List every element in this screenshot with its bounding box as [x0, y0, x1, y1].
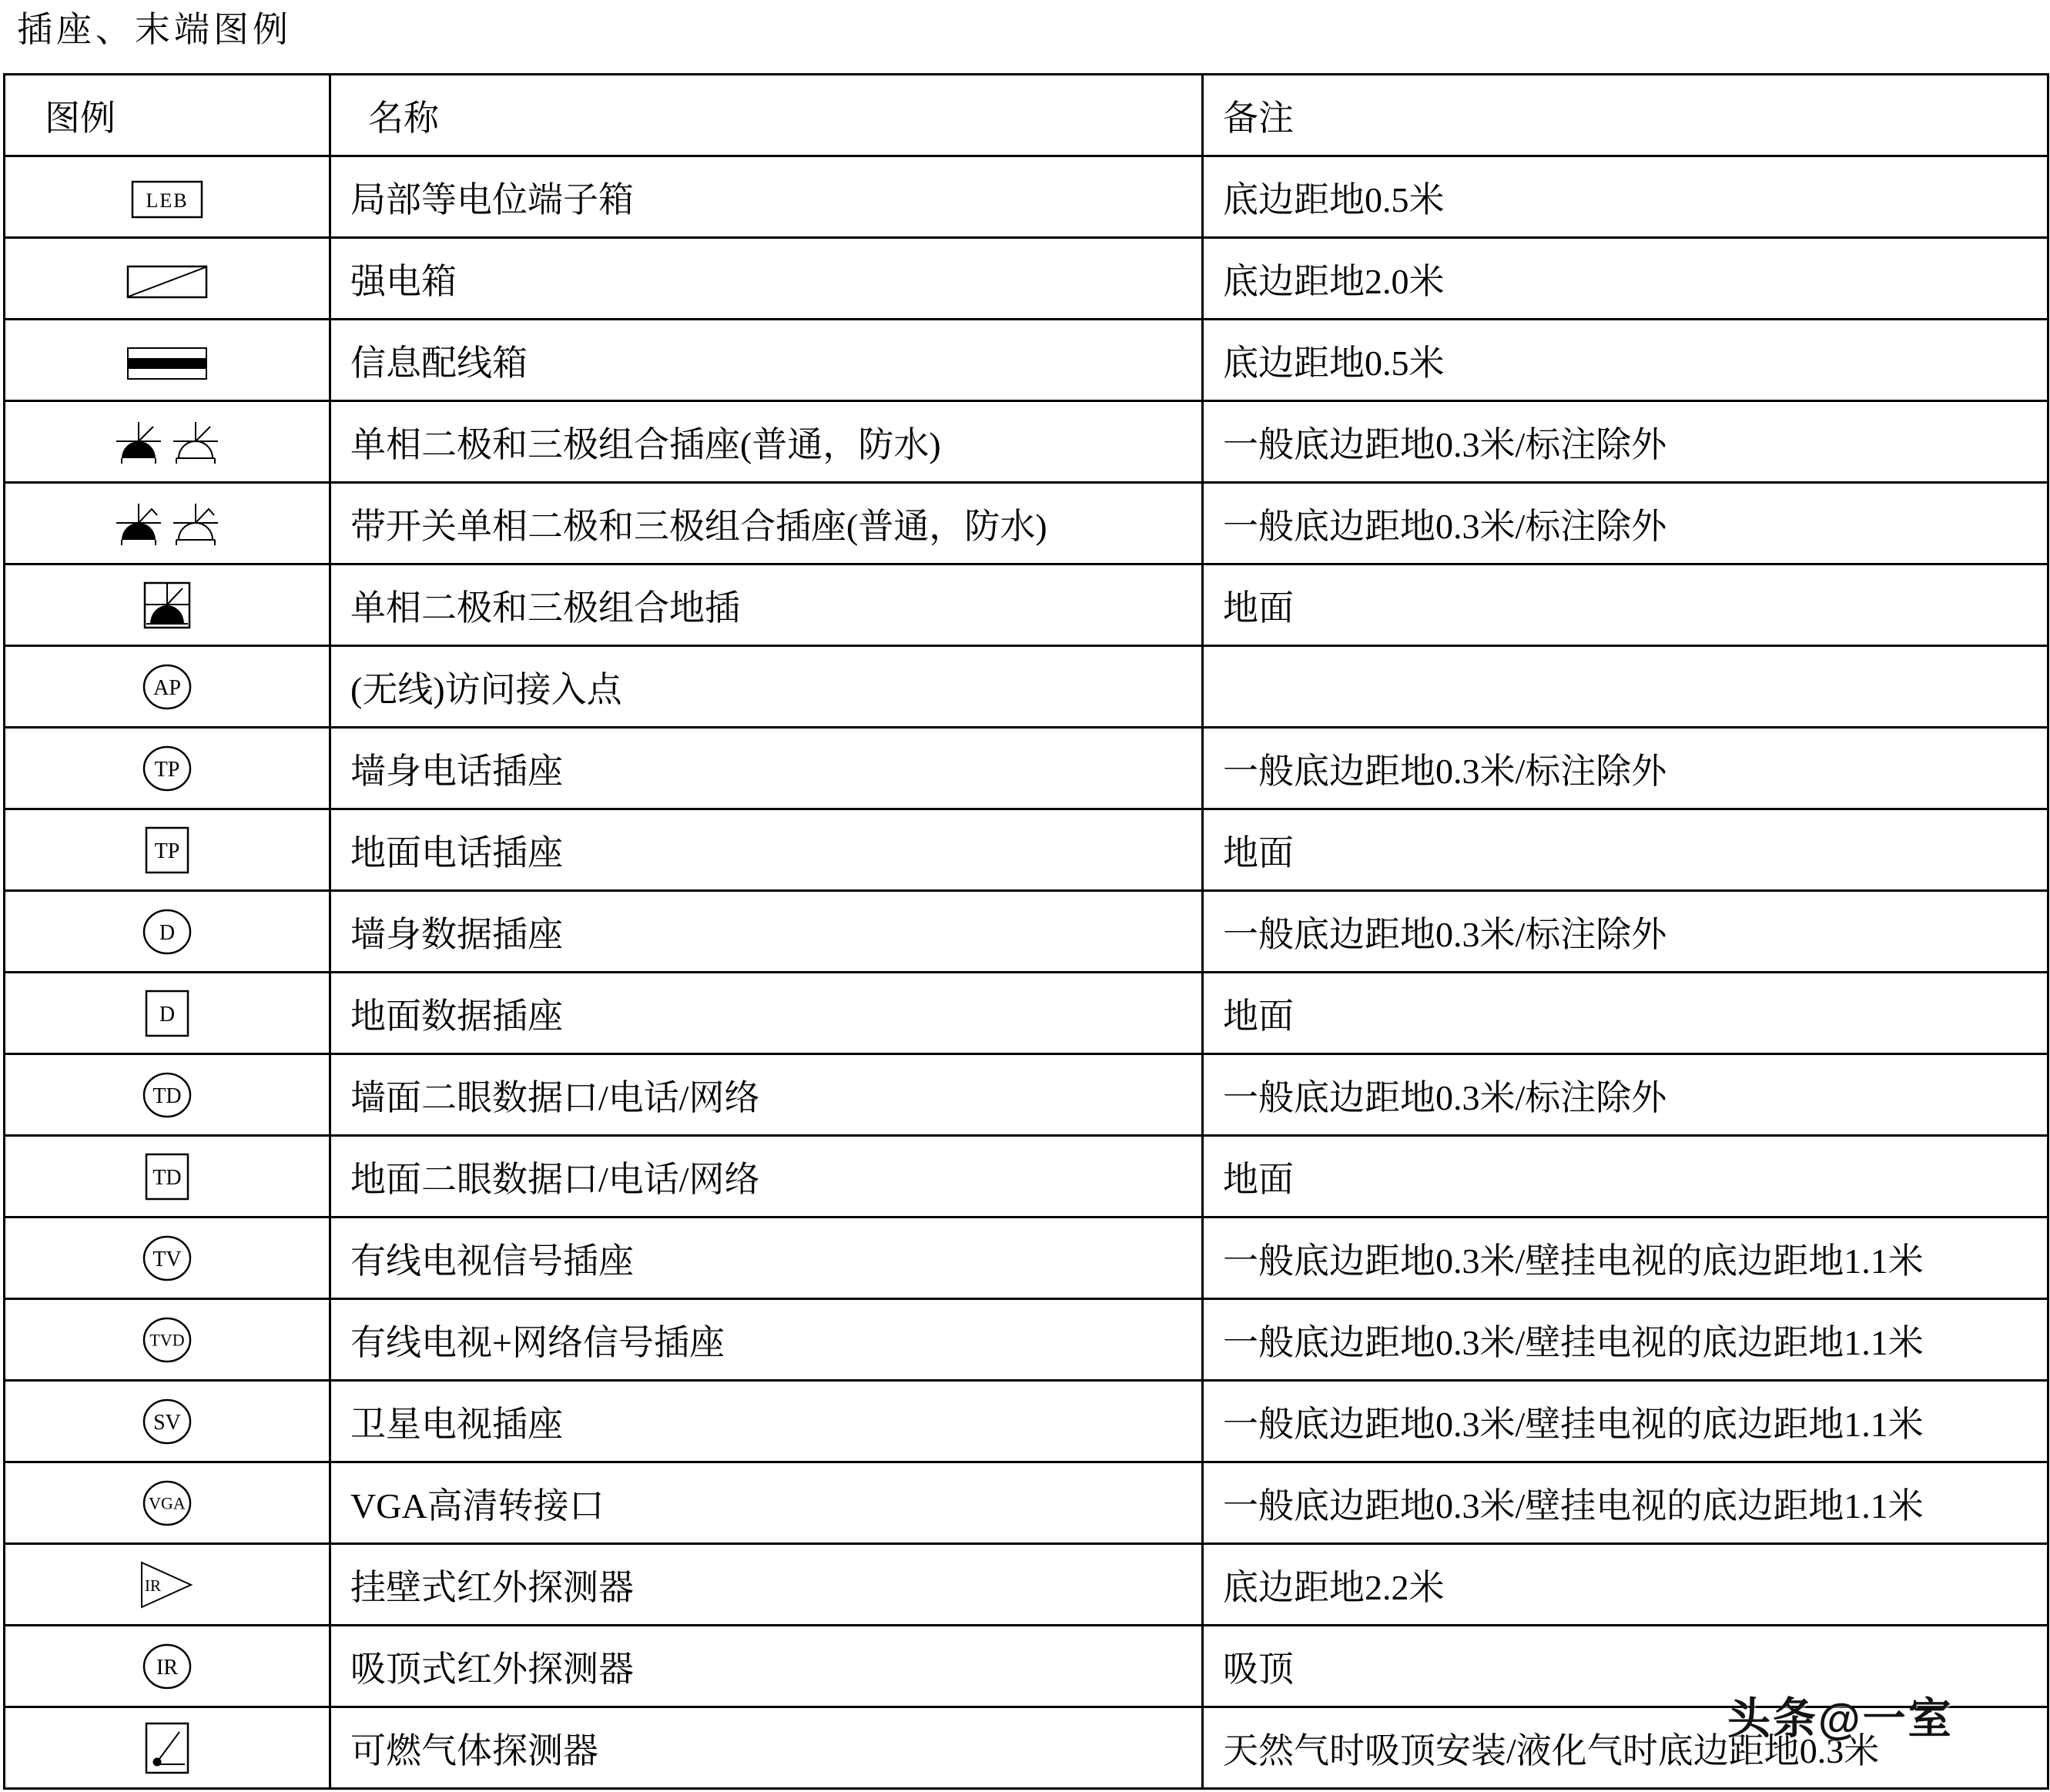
- page-title: 插座、末端图例: [17, 2, 292, 52]
- table-row: 信息配线箱底边距地0.5米: [5, 320, 2048, 401]
- info-box-icon: [126, 347, 208, 380]
- remark-cell: 一般底边距地0.3米/标注除外: [1203, 401, 2048, 483]
- table-row: VGA VGA高清转接口一般底边距地0.3米/壁挂电视的底边距地1.1米: [5, 1462, 2048, 1544]
- name-cell: 挂壁式红外探测器: [330, 1544, 1203, 1626]
- svg-text:LEB: LEB: [146, 189, 188, 212]
- name-cell: 强电箱: [330, 238, 1203, 320]
- remark-cell: 一般底边距地0.3米/壁挂电视的底边距地1.1米: [1203, 1462, 2048, 1544]
- name-cell: VGA高清转接口: [330, 1462, 1203, 1544]
- remark-cell: 底边距地0.5米: [1203, 156, 2048, 238]
- name-cell: 单相二极和三极组合插座(普通，防水): [330, 401, 1203, 483]
- circle-label-icon: D: [142, 908, 193, 956]
- legend-symbol-cell: TV: [5, 1218, 330, 1299]
- svg-text:SV: SV: [153, 1411, 181, 1435]
- remark-cell: 一般底边距地0.3米/标注除外: [1203, 1054, 2048, 1136]
- table-row: IR 挂壁式红外探测器底边距地2.2米: [5, 1544, 2048, 1626]
- legend-symbol-cell: TP: [5, 809, 330, 891]
- remark-cell: 底边距地2.2米: [1203, 1544, 2048, 1626]
- name-cell: 墙身数据插座: [330, 891, 1203, 973]
- table-row: 单相二极和三极组合地插地面: [5, 564, 2048, 646]
- circle-label-icon: IR: [142, 1643, 193, 1690]
- box-label-icon: LEB: [131, 180, 203, 219]
- svg-text:TD: TD: [152, 1166, 181, 1190]
- table-row: 强电箱底边距地2.0米: [5, 238, 2048, 320]
- square-label-icon: D: [145, 990, 189, 1037]
- name-cell: 带开关单相二极和三极组合插座(普通，防水): [330, 483, 1203, 564]
- name-cell: 吸顶式红外探测器: [330, 1626, 1203, 1707]
- square-label-icon: TP: [145, 826, 189, 874]
- header-row: 图例 名称 备注: [5, 75, 2048, 156]
- legend-symbol-cell: [5, 1707, 330, 1789]
- remark-cell: 地面: [1203, 564, 2048, 646]
- table-row: TD 地面二眼数据口/电话/网络地面: [5, 1136, 2048, 1218]
- name-cell: 信息配线箱: [330, 320, 1203, 401]
- legend-table: 图例 名称 备注 LEB 局部等电位端子箱底边距地0.5米 强电箱底边距地2.0…: [3, 73, 2049, 1790]
- remark-cell: 一般底边距地0.3米/壁挂电视的底边距地1.1米: [1203, 1299, 2048, 1381]
- socket-pair-icon: [116, 418, 218, 466]
- circle-label-icon: VGA: [142, 1479, 193, 1527]
- name-cell: 地面电话插座: [330, 809, 1203, 891]
- legend-symbol-cell: TP: [5, 728, 330, 809]
- watermark: 头条@一室: [1727, 1685, 1954, 1747]
- legend-symbol-cell: LEB: [5, 156, 330, 238]
- table-row: TP 地面电话插座地面: [5, 809, 2048, 891]
- circle-label-icon: AP: [142, 663, 193, 711]
- legend-symbol-cell: [5, 564, 330, 646]
- table-row: 带开关单相二极和三极组合插座(普通，防水)一般底边距地0.3米/标注除外: [5, 483, 2048, 564]
- name-cell: 有线电视+网络信号插座: [330, 1299, 1203, 1381]
- circle-label-icon: SV: [142, 1398, 193, 1445]
- svg-text:TP: TP: [155, 758, 180, 782]
- table-row: D 地面数据插座地面: [5, 973, 2048, 1054]
- name-cell: 墙身电话插座: [330, 728, 1203, 809]
- circle-label-icon: TP: [142, 745, 193, 792]
- table-row: TD 墙面二眼数据口/电话/网络一般底边距地0.3米/标注除外: [5, 1054, 2048, 1136]
- table-row: TV 有线电视信号插座一般底边距地0.3米/壁挂电视的底边距地1.1米: [5, 1218, 2048, 1299]
- name-cell: (无线)访问接入点: [330, 646, 1203, 728]
- triangle-label-icon: IR: [139, 1560, 195, 1609]
- col-header-remark: 备注: [1203, 75, 2048, 156]
- socket-pair-switch-icon: [116, 500, 218, 548]
- legend-symbol-cell: AP: [5, 646, 330, 728]
- table-row: LEB 局部等电位端子箱底边距地0.5米: [5, 156, 2048, 238]
- legend-symbol-cell: [5, 483, 330, 564]
- square-label-icon: TD: [145, 1153, 189, 1201]
- legend-symbol-cell: TD: [5, 1136, 330, 1218]
- legend-symbol-cell: D: [5, 973, 330, 1054]
- legend-symbol-cell: [5, 238, 330, 320]
- remark-cell: 一般底边距地0.3米/标注除外: [1203, 891, 2048, 973]
- circle-label-icon: TD: [142, 1071, 193, 1119]
- remark-cell: 一般底边距地0.3米/标注除外: [1203, 483, 2048, 564]
- legend-symbol-cell: TD: [5, 1054, 330, 1136]
- table-row: SV 卫星电视插座一般底边距地0.3米/壁挂电视的底边距地1.1米: [5, 1381, 2048, 1462]
- legend-symbol-cell: D: [5, 891, 330, 973]
- svg-text:VGA: VGA: [149, 1493, 186, 1512]
- remark-cell: 一般底边距地0.3米/壁挂电视的底边距地1.1米: [1203, 1218, 2048, 1299]
- svg-text:TV: TV: [152, 1248, 181, 1271]
- legend-symbol-cell: SV: [5, 1381, 330, 1462]
- legend-symbol-cell: IR: [5, 1626, 330, 1707]
- remark-cell: 地面: [1203, 809, 2048, 891]
- legend-symbol-cell: IR: [5, 1544, 330, 1626]
- remark-cell: 底边距地0.5米: [1203, 320, 2048, 401]
- circle-label-icon: TV: [142, 1234, 193, 1282]
- col-header-name: 名称: [330, 75, 1203, 156]
- name-cell: 局部等电位端子箱: [330, 156, 1203, 238]
- gas-detector-icon: [145, 1722, 189, 1774]
- svg-text:TD: TD: [152, 1084, 181, 1108]
- circle-label-icon: TVD: [142, 1316, 193, 1364]
- table-row: D 墙身数据插座一般底边距地0.3米/标注除外: [5, 891, 2048, 973]
- table-row: TVD 有线电视+网络信号插座一般底边距地0.3米/壁挂电视的底边距地1.1米: [5, 1299, 2048, 1381]
- power-box-icon: [126, 265, 208, 299]
- name-cell: 卫星电视插座: [330, 1381, 1203, 1462]
- name-cell: 单相二极和三极组合地插: [330, 564, 1203, 646]
- table-row: TP 墙身电话插座一般底边距地0.3米/标注除外: [5, 728, 2048, 809]
- table-row: 单相二极和三极组合插座(普通，防水)一般底边距地0.3米/标注除外: [5, 401, 2048, 483]
- remark-cell: 地面: [1203, 973, 2048, 1054]
- floor-socket-icon: [143, 581, 191, 629]
- svg-text:D: D: [159, 1003, 175, 1027]
- remark-cell: 地面: [1203, 1136, 2048, 1218]
- legend-symbol-cell: [5, 320, 330, 401]
- col-header-legend: 图例: [5, 75, 330, 156]
- name-cell: 可燃气体探测器: [330, 1707, 1203, 1789]
- svg-text:TP: TP: [155, 839, 180, 863]
- name-cell: 地面二眼数据口/电话/网络: [330, 1136, 1203, 1218]
- page: 插座、末端图例 图例 名称 备注 LEB 局部等电位端子箱底边距地0.5米 强电…: [0, 0, 2050, 1792]
- svg-text:D: D: [159, 921, 175, 945]
- legend-symbol-cell: [5, 401, 330, 483]
- table-row: AP (无线)访问接入点: [5, 646, 2048, 728]
- name-cell: 地面数据插座: [330, 973, 1203, 1054]
- legend-symbol-cell: VGA: [5, 1462, 330, 1544]
- remark-cell: 一般底边距地0.3米/壁挂电视的底边距地1.1米: [1203, 1381, 2048, 1462]
- name-cell: 有线电视信号插座: [330, 1218, 1203, 1299]
- legend-symbol-cell: TVD: [5, 1299, 330, 1381]
- svg-text:AP: AP: [153, 676, 181, 700]
- svg-text:IR: IR: [156, 1656, 178, 1680]
- name-cell: 墙面二眼数据口/电话/网络: [330, 1054, 1203, 1136]
- remark-cell: 底边距地2.0米: [1203, 238, 2048, 320]
- remark-cell: 一般底边距地0.3米/标注除外: [1203, 728, 2048, 809]
- remark-cell: [1203, 646, 2048, 728]
- svg-text:IR: IR: [145, 1576, 161, 1595]
- svg-text:TVD: TVD: [149, 1330, 184, 1349]
- table-body: LEB 局部等电位端子箱底边距地0.5米 强电箱底边距地2.0米 信息配线箱底边…: [5, 156, 2048, 1789]
